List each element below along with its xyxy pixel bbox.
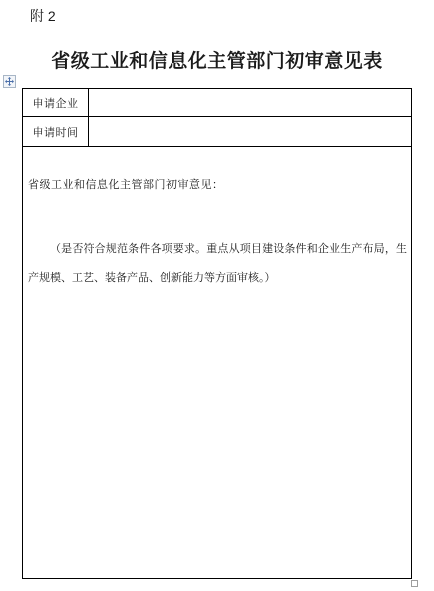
review-table: 申请企业 申请时间 省级工业和信息化主管部门初审意见： （是否符合规范条件各项要… <box>22 88 412 579</box>
opinion-note: （是否符合规范条件各项要求。重点从项目建设条件和企业生产布局，生产规模、工艺、装… <box>28 235 407 293</box>
opinion-heading: 省级工业和信息化主管部门初审意见： <box>28 171 407 200</box>
applicant-value-cell[interactable] <box>89 89 412 117</box>
attachment-label: 附 2 <box>30 6 56 26</box>
table-resize-handle[interactable] <box>411 580 418 587</box>
date-label-cell: 申请时间 <box>23 117 89 147</box>
applicant-label-cell: 申请企业 <box>23 89 89 117</box>
move-arrows-icon <box>5 77 14 86</box>
table-move-handle[interactable] <box>3 75 16 88</box>
date-value-cell[interactable] <box>89 117 412 147</box>
page-title: 省级工业和信息化主管部门初审意见表 <box>0 46 434 73</box>
table-row-opinion: 省级工业和信息化主管部门初审意见： （是否符合规范条件各项要求。重点从项目建设条… <box>23 147 412 579</box>
document-page: { "document": { "attachment_label": "附 2… <box>0 0 434 591</box>
table-row-applicant: 申请企业 <box>23 89 412 117</box>
opinion-cell[interactable]: 省级工业和信息化主管部门初审意见： （是否符合规范条件各项要求。重点从项目建设条… <box>23 147 412 579</box>
table-row-date: 申请时间 <box>23 117 412 147</box>
